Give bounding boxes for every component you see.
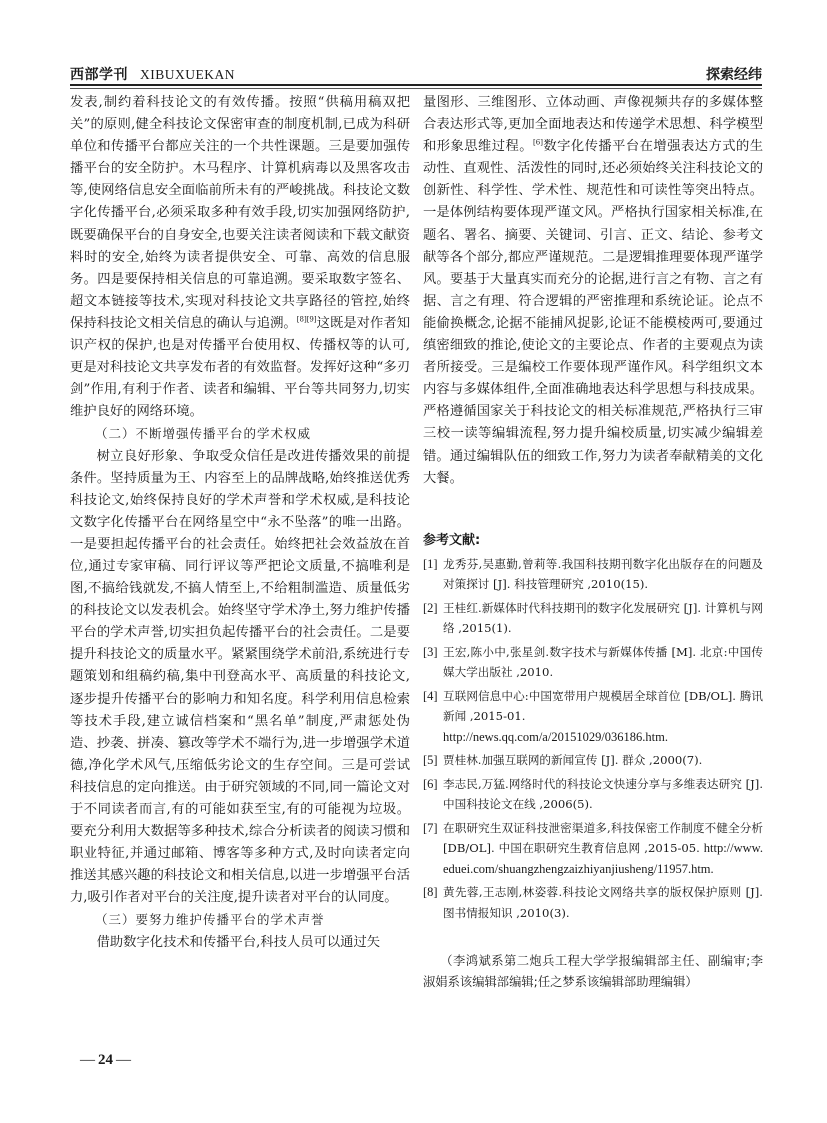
paragraph-text: 数字化传播平台在增强表达方式的生动性、直观性、活泼性的同时,还必须始终关注科技论… [423,139,763,485]
reference-item: [4] 互联网信息中心:中国宽带用户规模居全球首位 [DB/OL]. 腾讯新闻 … [423,686,763,748]
paragraph-text: 发表,制约着科技论文的有效传播。按照“供稿用稿双把关”的原则,健全科技论文保密审… [70,95,410,331]
body-paragraph: 量图形、三维图形、立体动画、声像视频共存的多媒体整合表达形式等,更加全面地表达和… [423,92,763,490]
citation-superscript: [8][9] [297,316,317,324]
page-number-dash-right: — [116,1052,131,1068]
reference-number: [3] [423,642,443,683]
body-paragraph: 借助数字化技术和传播平台,科技人员可以通过矢 [70,932,410,954]
reference-text: 龙秀芬,吴惠勤,曾莉等.我国科技期刊数字化出版存在的问题及对策探讨 [J]. 科… [443,554,763,595]
reference-number: [1] [423,554,443,595]
journal-title: 西部学刊XIBUXUEKAN [70,64,235,84]
reference-item: [7] 在职研究生双证科技泄密渠道多,科技保密工作制度不健全分析 [DB/OL]… [423,818,763,880]
reference-text: 互联网信息中心:中国宽带用户规模居全球首位 [DB/OL]. 腾讯新闻 ,201… [443,689,763,724]
reference-number: [4] [423,686,443,748]
reference-text: 李志民,万猛.网络时代的科技论文快速分享与多维表达研究 [J]. 中国科技论文在… [443,774,763,815]
header-rule-thick [70,84,762,86]
reference-item: [6] 李志民,万猛.网络时代的科技论文快速分享与多维表达研究 [J]. 中国科… [423,774,763,815]
body-paragraph: 树立良好形象、争取受众信任是改进传播效果的前提条件。坚持质量为王、内容至上的品牌… [70,446,410,910]
journal-name-pinyin: XIBUXUEKAN [140,67,235,82]
page-number-value: 24 [98,1052,113,1068]
right-column: 量图形、三维图形、立体动画、声像视频共存的多媒体整合表达形式等,更加全面地表达和… [423,92,763,1006]
reference-item: [5] 贾桂林.加强互联网的新闻宣传 [J]. 群众 ,2000(7). [423,750,763,771]
reference-item: [1] 龙秀芬,吴惠勤,曾莉等.我国科技期刊数字化出版存在的问题及对策探讨 [J… [423,554,763,595]
references-title: 参考文献: [423,530,763,552]
reference-body: 在职研究生双证科技泄密渠道多,科技保密工作制度不健全分析 [DB/OL]. 中国… [443,818,763,880]
reference-item: [3] 王宏,陈小中,张星剑.数字技术与新媒体传播 [M]. 北京:中国传媒大学… [423,642,763,683]
page-number-dash-left: — [80,1052,95,1068]
journal-name-chinese: 西部学刊 [70,67,128,83]
reference-item: [2] 王桂红.新媒体时代科技期刊的数字化发展研究 [J]. 计算机与网络 ,2… [423,598,763,639]
reference-number: [8] [423,882,443,923]
header-rule-thin [70,88,762,89]
reference-text: 王宏,陈小中,张星剑.数字技术与新媒体传播 [M]. 北京:中国传媒大学出版社 … [443,642,763,683]
page-number: —24— [80,1052,131,1069]
citation-superscript: [6] [533,139,543,147]
running-header: 西部学刊XIBUXUEKAN 探索经纬 [70,64,762,84]
reference-number: [6] [423,774,443,815]
reference-text: 黄先蓉,王志刚,林姿蓉.科技论文网络共享的版权保护原则 [J]. 图书情报知识 … [443,882,763,923]
section-name: 探索经纬 [706,64,762,84]
author-note: （李鸿斌系第二炮兵工程大学学报编辑部主任、副编审;李淑娟系该编辑部编辑;任之梦系… [423,951,763,993]
paragraph-text: 这既是对作者知识产权的保护,也是对传播平台使用权、传播权等的认可,更是对科技论文… [70,316,410,419]
reference-number: [7] [423,818,443,880]
body-paragraph: 发表,制约着科技论文的有效传播。按照“供稿用稿双把关”的原则,健全科技论文保密审… [70,92,410,423]
reference-number: [5] [423,750,443,771]
left-column: 发表,制约着科技论文的有效传播。按照“供稿用稿双把关”的原则,健全科技论文保密审… [70,92,410,954]
reference-body: 互联网信息中心:中国宽带用户规模居全球首位 [DB/OL]. 腾讯新闻 ,201… [443,686,763,748]
reference-text: 王桂红.新媒体时代科技期刊的数字化发展研究 [J]. 计算机与网络 ,2015(… [443,598,763,639]
reference-url[interactable]: http://news.qq.com/a/20151029/036186.htm… [443,730,668,744]
reference-item: [8] 黄先蓉,王志刚,林姿蓉.科技论文网络共享的版权保护原则 [J]. 图书情… [423,882,763,923]
journal-page: 西部学刊XIBUXUEKAN 探索经纬 发表,制约着科技论文的有效传播。按照“供… [0,0,827,1123]
references-list: [1] 龙秀芬,吴惠勤,曾莉等.我国科技期刊数字化出版存在的问题及对策探讨 [J… [423,554,763,924]
section-heading: （二）不断增强传播平台的学术权威 [70,423,410,445]
reference-number: [2] [423,598,443,639]
section-heading: （三）要努力维护传播平台的学术声誉 [70,909,410,931]
reference-text: 贾桂林.加强互联网的新闻宣传 [J]. 群众 ,2000(7). [443,750,763,771]
